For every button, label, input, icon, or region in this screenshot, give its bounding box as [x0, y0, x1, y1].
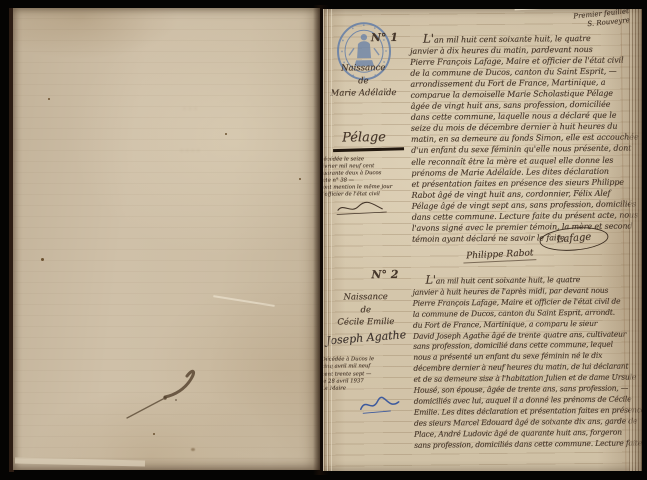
register-scan: ··· ···· Premier feuilletS. Rouveyre: [0, 0, 647, 480]
entry1-margin-heading: NaissancedeMarie Adélaïde: [323, 62, 410, 100]
entry2-margin-heading: NaissancedeCécile Emilie: [323, 291, 412, 329]
show-through-text: ···: [131, 104, 251, 115]
left-blank-page: ··· ····: [13, 8, 320, 470]
ruled-paper: Premier feuilletS. Rouveyre: [323, 9, 642, 471]
show-through-text: ····: [131, 146, 251, 157]
entry2-death-margin-note: Décédée à Ducos lecinq avril mil neufcen…: [323, 356, 414, 393]
margin-note-signature: [335, 200, 391, 219]
paper-speck: [225, 133, 227, 135]
entry1-death-margin-note: Décédée le seizefévrier mil neuf centqua…: [323, 156, 412, 198]
paper-speck: [299, 178, 301, 180]
entry1-margin-surname: Pélage: [323, 130, 410, 146]
page-deckle-right: [629, 9, 642, 471]
margin-underline-bar: [333, 147, 404, 152]
entry2-margin-name: Joseph Agathe: [323, 327, 414, 348]
manuscript-page: Premier feuilletS. Rouveyre: [323, 9, 642, 471]
entry1-number: N° 1: [371, 31, 398, 44]
paper-crease: [213, 295, 274, 306]
signature-witness: Philippe Rabot: [463, 248, 537, 263]
signature-officiant: Lafage: [538, 226, 610, 254]
underlying-page-edge: [15, 458, 145, 467]
page-deckle-left: [323, 9, 332, 471]
entry2-record-text: L'an mil huit cent soixante huit, le qua…: [412, 272, 642, 451]
paper-stain: [191, 448, 195, 451]
mayor-signature-blue: [357, 394, 403, 416]
paper-speck: [153, 433, 155, 435]
folio-note: Premier feuilletS. Rouveyre: [573, 9, 630, 30]
entry1-record-text: L'an mil huit cent soixante huit, le qua…: [410, 31, 640, 244]
entry2-number: N° 2: [371, 268, 398, 281]
ink-smudge: [119, 364, 209, 426]
paper-speck: [41, 258, 44, 261]
paper-speck: [48, 98, 50, 100]
